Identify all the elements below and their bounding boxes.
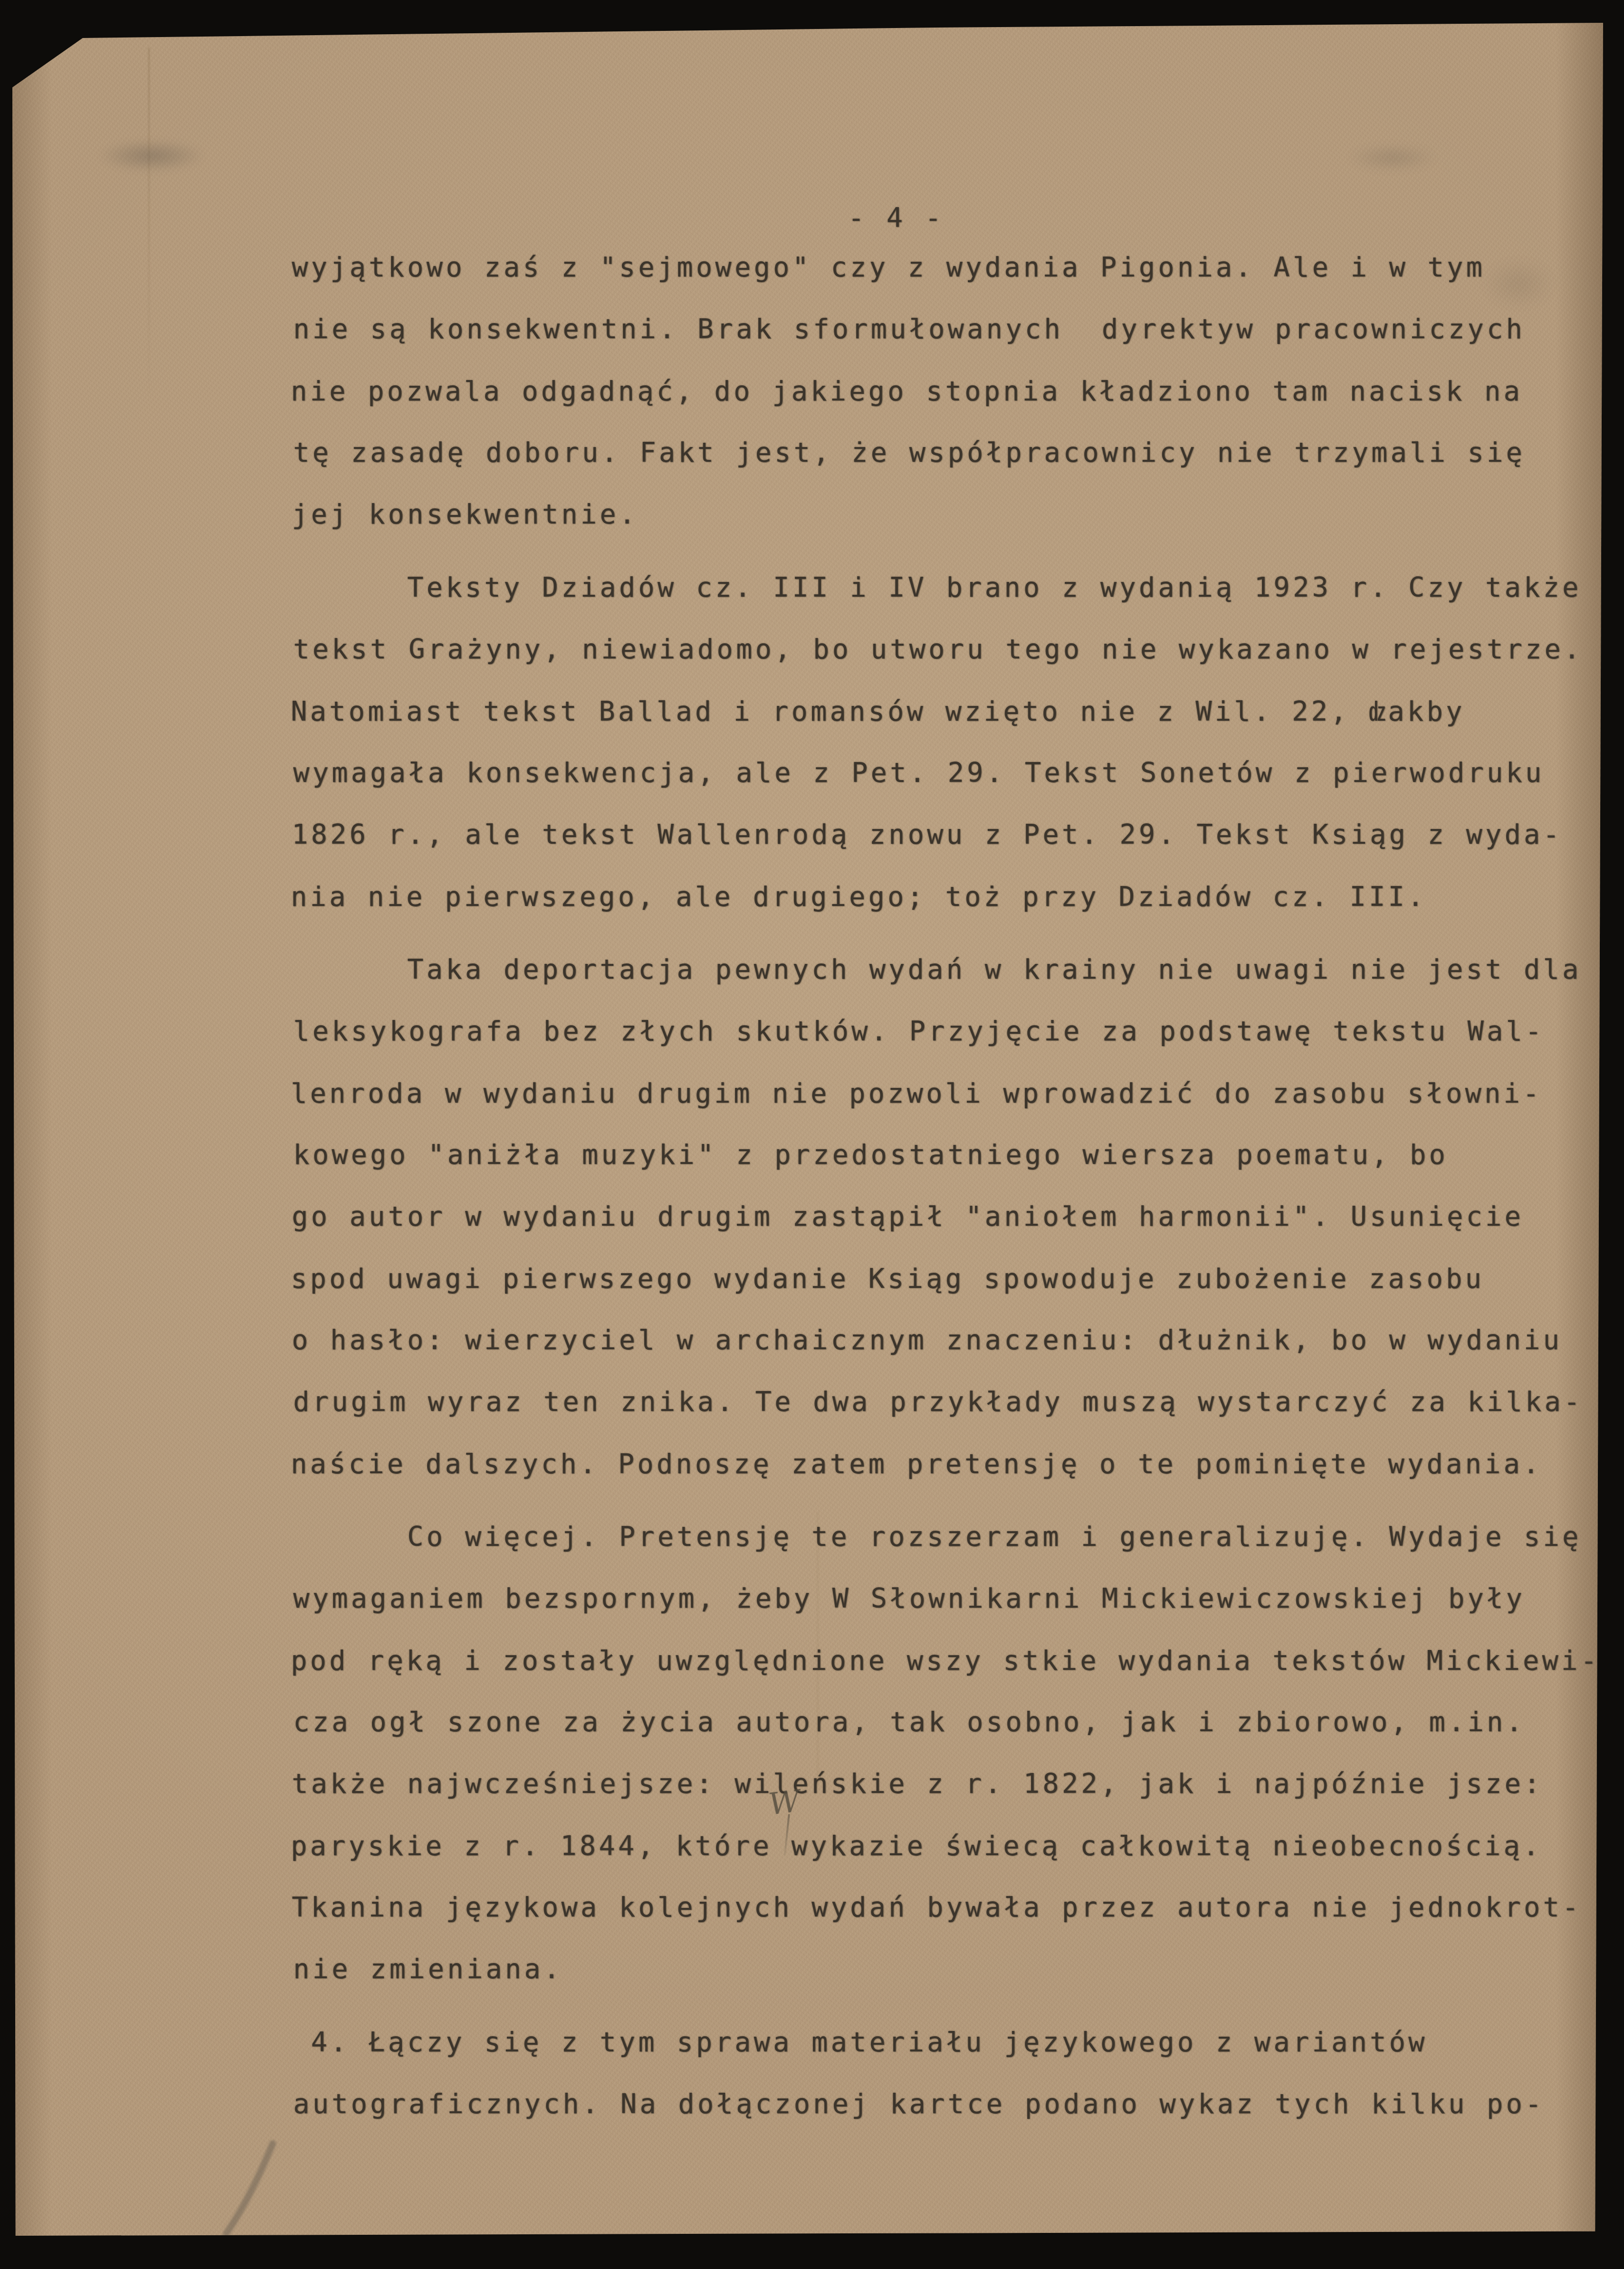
text-line: Co więcej. Pretensję te rozszerzam i gen…: [292, 1506, 1608, 1568]
text-line: o hasło: wierzyciel w archaicznym znacze…: [292, 1309, 1608, 1371]
text-line: leksykografa bez złych skutków. Przyjęci…: [293, 1001, 1609, 1062]
text-line: Tkanina językowa kolejnych wydań bywała …: [292, 1877, 1608, 1938]
document-page: - 4 - wyjątkowo zaś z "sejmowego" czy z …: [12, 20, 1603, 2236]
text-line: autograficznych. Na dołączonej kartce po…: [293, 2073, 1609, 2135]
text-line: Taka deportacja pewnych wydań w krainy n…: [292, 939, 1608, 1001]
text-line: Natomiast tekst Ballad i romansów wzięto…: [291, 681, 1607, 743]
text-line: tę zasadę doboru. Fakt jest, że współpra…: [293, 422, 1609, 484]
text-line: 4. Łączy się z tym sprawa materiału języ…: [292, 2012, 1608, 2073]
text-line: lenroda w wydaniu drugim nie pozwoli wpr…: [291, 1063, 1607, 1125]
text-block: wyjątkowo zaś z "sejmowego" czy z wydani…: [292, 237, 1608, 2135]
text-line: nie są konsekwentni. Brak sformułowanych…: [293, 298, 1609, 360]
text-line: wyjątkowo zaś z "sejmowego" czy z wydani…: [292, 237, 1608, 298]
text-line: nia nie pierwszego, ale drugiego; toż pr…: [291, 866, 1607, 928]
smudge-mark: [78, 133, 225, 179]
text-line: wymaganiem bezspornym, żeby W Słownikarn…: [293, 1568, 1609, 1630]
text-line: spod uwagi pierwszego wydanie Ksiąg spow…: [291, 1248, 1607, 1310]
handwritten-letter: W: [767, 1783, 802, 1822]
text-line: go autor w wydaniu drugim zastąpił "anio…: [292, 1186, 1608, 1248]
paper-crease: [148, 48, 150, 399]
text-line: drugim wyraz ten znika. Te dwa przykłady…: [293, 1371, 1609, 1433]
paragraph: Taka deportacja pewnych wydań w krainy n…: [292, 939, 1608, 1495]
paragraph: Teksty Dziadów cz. III i IV brano z wyda…: [292, 557, 1608, 927]
paragraph: Co więcej. Pretensję te rozszerzam i gen…: [292, 1506, 1608, 2000]
paragraph: 4. Łączy się z tym sprawa materiału języ…: [292, 2012, 1608, 2135]
text-line: pod ręką i zostały uwzględnione wszy stk…: [291, 1630, 1607, 1692]
paragraph: wyjątkowo zaś z "sejmowego" czy z wydani…: [292, 237, 1608, 545]
text-line: 1826 r., ale tekst Wallenrodą znowu z Pe…: [292, 804, 1608, 866]
text-line: kowego "aniżła muzyki" z przedostatniego…: [293, 1124, 1609, 1186]
text-line: cza ogł szone za życia autora, tak osobn…: [293, 1691, 1609, 1753]
text-line: także najwcześniejsze: wileńskie z r. 18…: [292, 1753, 1608, 1815]
handwritten-w-annotation: W: [767, 1783, 802, 1822]
text-line: nie zmieniana.: [293, 1938, 1609, 2000]
text-line: Teksty Dziadów cz. III i IV brano z wyda…: [292, 557, 1608, 619]
text-line: tekst Grażyny, niewiadomo, bo utworu teg…: [293, 619, 1609, 680]
scan-background: { "colors": { "background": "#0d0c0a", "…: [0, 0, 1624, 2269]
text-line: naście dalszych. Podnoszę zatem pretensj…: [291, 1433, 1607, 1495]
text-line: nie pozwala odgadnąć, do jakiego stopnia…: [291, 361, 1607, 422]
smudge-mark: [1328, 138, 1457, 178]
pencil-stroke: [210, 2140, 291, 2240]
text-line: jej konsekwentnie.: [292, 484, 1608, 545]
text-line: wymagała konsekwencja, ale z Pet. 29. Te…: [293, 742, 1609, 804]
text-line: paryskie z r. 1844, które wykazie świecą…: [291, 1815, 1607, 1877]
